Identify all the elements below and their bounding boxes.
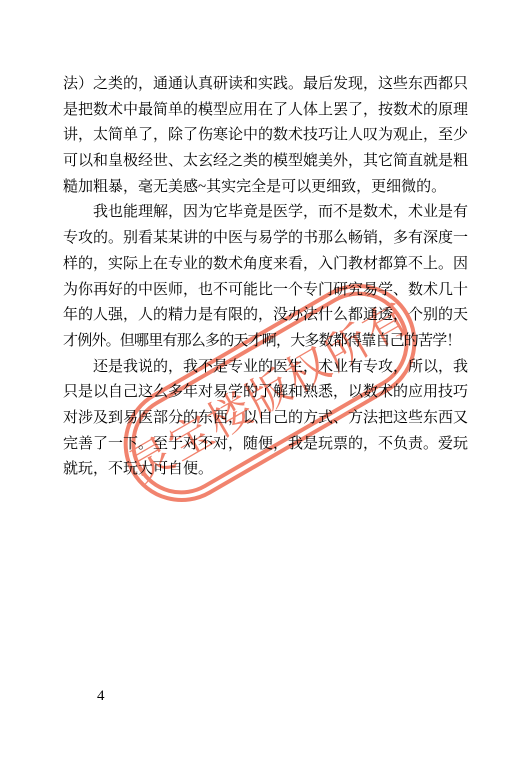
text-line: 为你再好的中医师，也不可能比一个专门研究易学、数术几十: [63, 278, 469, 304]
text-line: 法）之类的，通通认真研读和实践。最后发现，这些东西都只: [63, 72, 469, 98]
text-line: 完善了一下。至于对不对，随便，我是玩票的，不负责。爱玩: [63, 432, 469, 458]
text-line: 就玩，不玩大可自便。: [63, 457, 469, 483]
text-line: 年的人强，人的精力是有限的，没办法什么都通透，个别的天: [63, 303, 469, 329]
text-line: 专攻的。别看某某讲的中医与易学的书那么畅销，多有深度一: [63, 226, 469, 252]
document-page: 灵宝楼版权所有 法）之类的，通通认真研读和实践。最后发现，这些东西都只是把数术中…: [0, 0, 529, 767]
text-line: 还是我说的，我不是专业的医生，术业有专攻，所以，我: [63, 355, 469, 381]
paragraph: 我也能理解，因为它毕竟是医学，而不是数术，术业是有专攻的。别看某某讲的中医与易学…: [63, 200, 469, 354]
paragraph: 法）之类的，通通认真研读和实践。最后发现，这些东西都只是把数术中最简单的模型应用…: [63, 72, 469, 200]
text-line: 才例外。但哪里有那么多的天才啊，大多数都得靠自己的苦学！: [63, 329, 469, 355]
text-line: 样的，实际上在专业的数术角度来看，入门教材都算不上。因: [63, 252, 469, 278]
document-text: 法）之类的，通通认真研读和实践。最后发现，这些东西都只是把数术中最简单的模型应用…: [63, 72, 469, 483]
text-line: 可以和皇极经世、太玄经之类的模型媲美外，其它简直就是粗: [63, 149, 469, 175]
text-line: 糙加粗暴，毫无美感~其实完全是可以更细致，更细微的。: [63, 175, 469, 201]
text-line: 是把数术中最简单的模型应用在了人体上罢了，按数术的原理: [63, 98, 469, 124]
paragraph: 还是我说的，我不是专业的医生，术业有专攻，所以，我只是以自己这么多年对易学的了解…: [63, 355, 469, 483]
text-line: 我也能理解，因为它毕竟是医学，而不是数术，术业是有: [63, 200, 469, 226]
text-line: 对涉及到易医部分的东西，以自己的方式、方法把这些东西又: [63, 406, 469, 432]
text-line: 只是以自己这么多年对易学的了解和熟悉，以数术的应用技巧: [63, 380, 469, 406]
text-line: 讲，太简单了，除了伤寒论中的数术技巧让人叹为观止，至少: [63, 123, 469, 149]
page-number: 4: [97, 686, 105, 706]
